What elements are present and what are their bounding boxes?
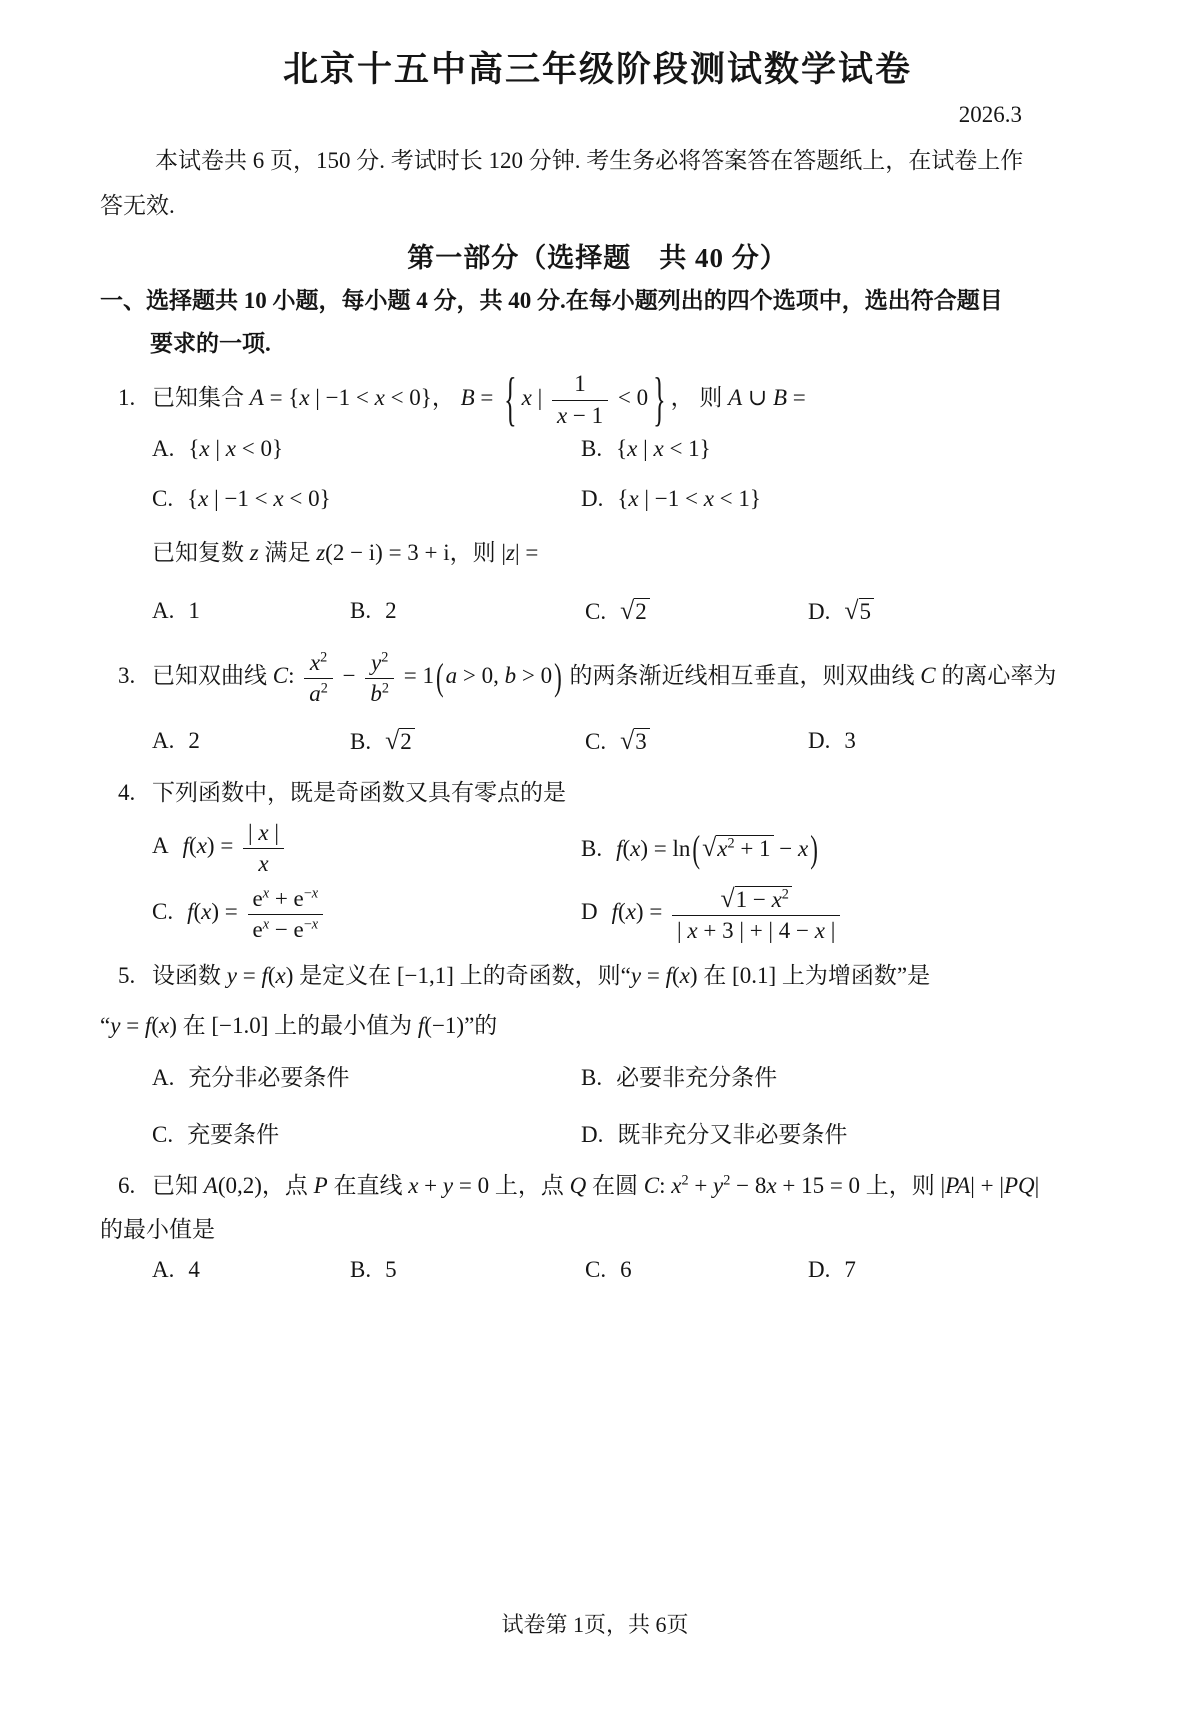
intro-line-1: 本试卷共 6 页，150 分. 考试时长 120 分钟. 考生务必将答案答在答题…: [100, 146, 1095, 176]
question-1-option-a: A.{x | x < 0}: [152, 436, 581, 462]
option-label: C.: [585, 1257, 606, 1282]
question-1: 1.已知集合 A = {x | −1 < x < 0}， B = {x | 1x…: [100, 371, 1095, 511]
question-3-stem: 3.已知双曲线 C: x2a2 − y2b2 = 1(a > 0, b > 0)…: [118, 650, 1095, 706]
option-label: A.: [152, 1065, 174, 1090]
option-text: 7: [844, 1257, 856, 1282]
option-label: B.: [581, 836, 602, 861]
option-label: D.: [808, 728, 830, 753]
option-text: 6: [620, 1257, 632, 1282]
question-6-stem: 6.已知 A(0,2)，点 P 在直线 x + y = 0 上，点 Q 在圆 C…: [118, 1171, 1095, 1201]
option-text: 1: [188, 598, 200, 623]
question-3-number: 3.: [118, 661, 152, 691]
question-2-option-b: B.2: [350, 598, 585, 624]
option-text: 充分非必要条件: [188, 1065, 349, 1090]
option-label: D: [581, 899, 598, 924]
question-5: 5.设函数 y = f(x) 是定义在 [−1,1] 上的奇函数，则“y = f…: [100, 961, 1095, 1149]
question-2-stem-text: 已知复数 z 满足 z(2 − i) = 3 + i，则 |z| =: [152, 540, 538, 565]
question-4: 4.下列函数中，既是奇函数又具有零点的是 Af(x) = | x |x B.f(…: [100, 778, 1095, 943]
option-text: 充要条件: [187, 1122, 279, 1147]
option-label: C.: [585, 729, 606, 754]
question-6-option-d: D.7: [808, 1257, 1095, 1283]
option-label: A: [152, 833, 169, 858]
option-text: 2: [385, 729, 415, 754]
exam-date: 2026.3: [100, 102, 1095, 128]
question-5-number: 5.: [118, 961, 152, 991]
question-5-option-c: C.充要条件: [152, 1116, 581, 1149]
option-text: 2: [188, 728, 200, 753]
question-5-stem: 5.设函数 y = f(x) 是定义在 [−1,1] 上的奇函数，则“y = f…: [118, 961, 1095, 991]
section-heading: 第一部分（选择题 共 40 分）: [100, 236, 1095, 275]
option-text: {x | x < 0}: [188, 436, 283, 461]
question-6-option-b: B.5: [350, 1257, 585, 1283]
question-4-stem: 4.下列函数中，既是奇函数又具有零点的是: [118, 778, 1095, 808]
question-1-number: 1.: [118, 383, 152, 413]
instruction-line-1: 一、选择题共 10 小题，每小题 4 分，共 40 分.在每小题列出的四个选项中…: [100, 286, 1095, 316]
question-4-option-d: Df(x) = 1 − x2| x + 3 | + | 4 − x |: [581, 884, 1095, 943]
option-text: f(x) = 1 − x2| x + 3 | + | 4 − x |: [612, 899, 845, 924]
option-label: A.: [152, 1257, 174, 1282]
question-4-number: 4.: [118, 778, 152, 808]
option-label: A.: [152, 598, 174, 623]
option-text: f(x) = | x |x: [183, 833, 288, 858]
option-label: A.: [152, 436, 174, 461]
instruction-line-2: 要求的一项.: [100, 329, 1095, 359]
question-5-options: A.充分非必要条件 B.必要非充分条件 C.充要条件 D.既非充分又非必要条件: [118, 1059, 1095, 1149]
question-2: 已知复数 z 满足 z(2 − i) = 3 + i，则 |z| = A.1 B…: [100, 538, 1095, 626]
question-5-option-a: A.充分非必要条件: [152, 1059, 581, 1092]
intro-line-2: 答无效.: [100, 191, 1095, 221]
option-label: B.: [581, 1065, 602, 1090]
exam-title: 北京十五中高三年级阶段测试数学试卷: [100, 42, 1095, 92]
question-3-option-d: D.3: [808, 728, 1095, 754]
question-6: 6.已知 A(0,2)，点 P 在直线 x + y = 0 上，点 Q 在圆 C…: [100, 1171, 1095, 1283]
option-label: B.: [350, 1257, 371, 1282]
option-label: D.: [808, 599, 830, 624]
question-3-option-a: A.2: [152, 728, 350, 754]
question-6-number: 6.: [118, 1171, 152, 1201]
question-1-stem-text: 已知集合 A = {x | −1 < x < 0}， B = {x | 1x −…: [152, 385, 806, 410]
option-text: 5: [844, 599, 874, 624]
option-text: 必要非充分条件: [616, 1065, 777, 1090]
option-label: B.: [581, 436, 602, 461]
question-3: 3.已知双曲线 C: x2a2 − y2b2 = 1(a > 0, b > 0)…: [100, 650, 1095, 756]
question-4-options: Af(x) = | x |x B.f(x) = ln(x2 + 1 − x) C…: [118, 820, 1095, 944]
exam-page: 北京十五中高三年级阶段测试数学试卷 2026.3 本试卷共 6 页，150 分.…: [0, 0, 1190, 1283]
question-6-stem-text: 已知 A(0,2)，点 P 在直线 x + y = 0 上，点 Q 在圆 C: …: [152, 1173, 1039, 1198]
option-label: C.: [585, 599, 606, 624]
question-5-stem-text: 设函数 y = f(x) 是定义在 [−1,1] 上的奇函数，则“y = f(x…: [152, 963, 930, 988]
question-4-stem-text: 下列函数中，既是奇函数又具有零点的是: [152, 780, 566, 805]
question-5-option-b: B.必要非充分条件: [581, 1059, 1095, 1092]
option-text: 4: [188, 1257, 200, 1282]
question-6-options: A.4 B.5 C.6 D.7: [118, 1257, 1095, 1283]
option-text: 2: [385, 598, 397, 623]
question-2-stem: 已知复数 z 满足 z(2 − i) = 3 + i，则 |z| =: [118, 538, 1095, 568]
question-2-options: A.1 B.2 C.2 D.5: [118, 596, 1095, 626]
option-text: 5: [385, 1257, 397, 1282]
question-5-option-d: D.既非充分又非必要条件: [581, 1116, 1095, 1149]
question-4-option-b: B.f(x) = ln(x2 + 1 − x): [581, 833, 1095, 864]
option-text: {x | −1 < x < 0}: [187, 486, 331, 511]
option-label: C.: [152, 486, 173, 511]
question-3-stem-text: 已知双曲线 C: x2a2 − y2b2 = 1(a > 0, b > 0) 的…: [152, 663, 1056, 688]
option-label: A.: [152, 728, 174, 753]
question-1-options: A.{x | x < 0} B.{x | x < 1} C.{x | −1 < …: [118, 436, 1095, 512]
option-text: 既非充分又非必要条件: [617, 1122, 847, 1147]
option-text: f(x) = ex + e−xex − e−x: [187, 899, 327, 924]
question-2-option-c: C.2: [585, 596, 808, 626]
option-text: 3: [620, 729, 650, 754]
question-3-option-c: C.3: [585, 726, 808, 756]
option-label: D.: [808, 1257, 830, 1282]
option-label: B.: [350, 729, 371, 754]
question-1-stem: 1.已知集合 A = {x | −1 < x < 0}， B = {x | 1x…: [118, 371, 1095, 427]
question-6-stem-continued: 的最小值是: [100, 1215, 1095, 1245]
page-footer: 试卷第 1页，共 6页: [0, 1608, 1190, 1639]
option-label: B.: [350, 598, 371, 623]
question-1-option-c: C.{x | −1 < x < 0}: [152, 486, 581, 512]
option-text: 3: [844, 728, 856, 753]
question-6-option-c: C.6: [585, 1257, 808, 1283]
option-text: f(x) = ln(x2 + 1 − x): [616, 836, 820, 861]
option-text: {x | x < 1}: [616, 436, 711, 461]
option-label: D.: [581, 486, 603, 511]
option-text: 2: [620, 599, 650, 624]
question-1-option-d: D.{x | −1 < x < 1}: [581, 486, 1095, 512]
question-1-option-b: B.{x | x < 1}: [581, 436, 1095, 462]
question-2-option-d: D.5: [808, 596, 1095, 626]
option-text: {x | −1 < x < 1}: [617, 486, 761, 511]
question-4-option-a: Af(x) = | x |x: [152, 820, 581, 876]
question-3-options: A.2 B.2 C.3 D.3: [118, 726, 1095, 756]
option-label: C.: [152, 1122, 173, 1147]
question-5-stem-continued: “y = f(x) 在 [−1.0] 上的最小值为 f(−1)”的: [100, 1011, 1095, 1041]
question-6-option-a: A.4: [152, 1257, 350, 1283]
question-4-option-c: C.f(x) = ex + e−xex − e−x: [152, 886, 581, 942]
option-label: D.: [581, 1122, 603, 1147]
option-label: C.: [152, 899, 173, 924]
question-3-option-b: B.2: [350, 726, 585, 756]
question-2-option-a: A.1: [152, 598, 350, 624]
